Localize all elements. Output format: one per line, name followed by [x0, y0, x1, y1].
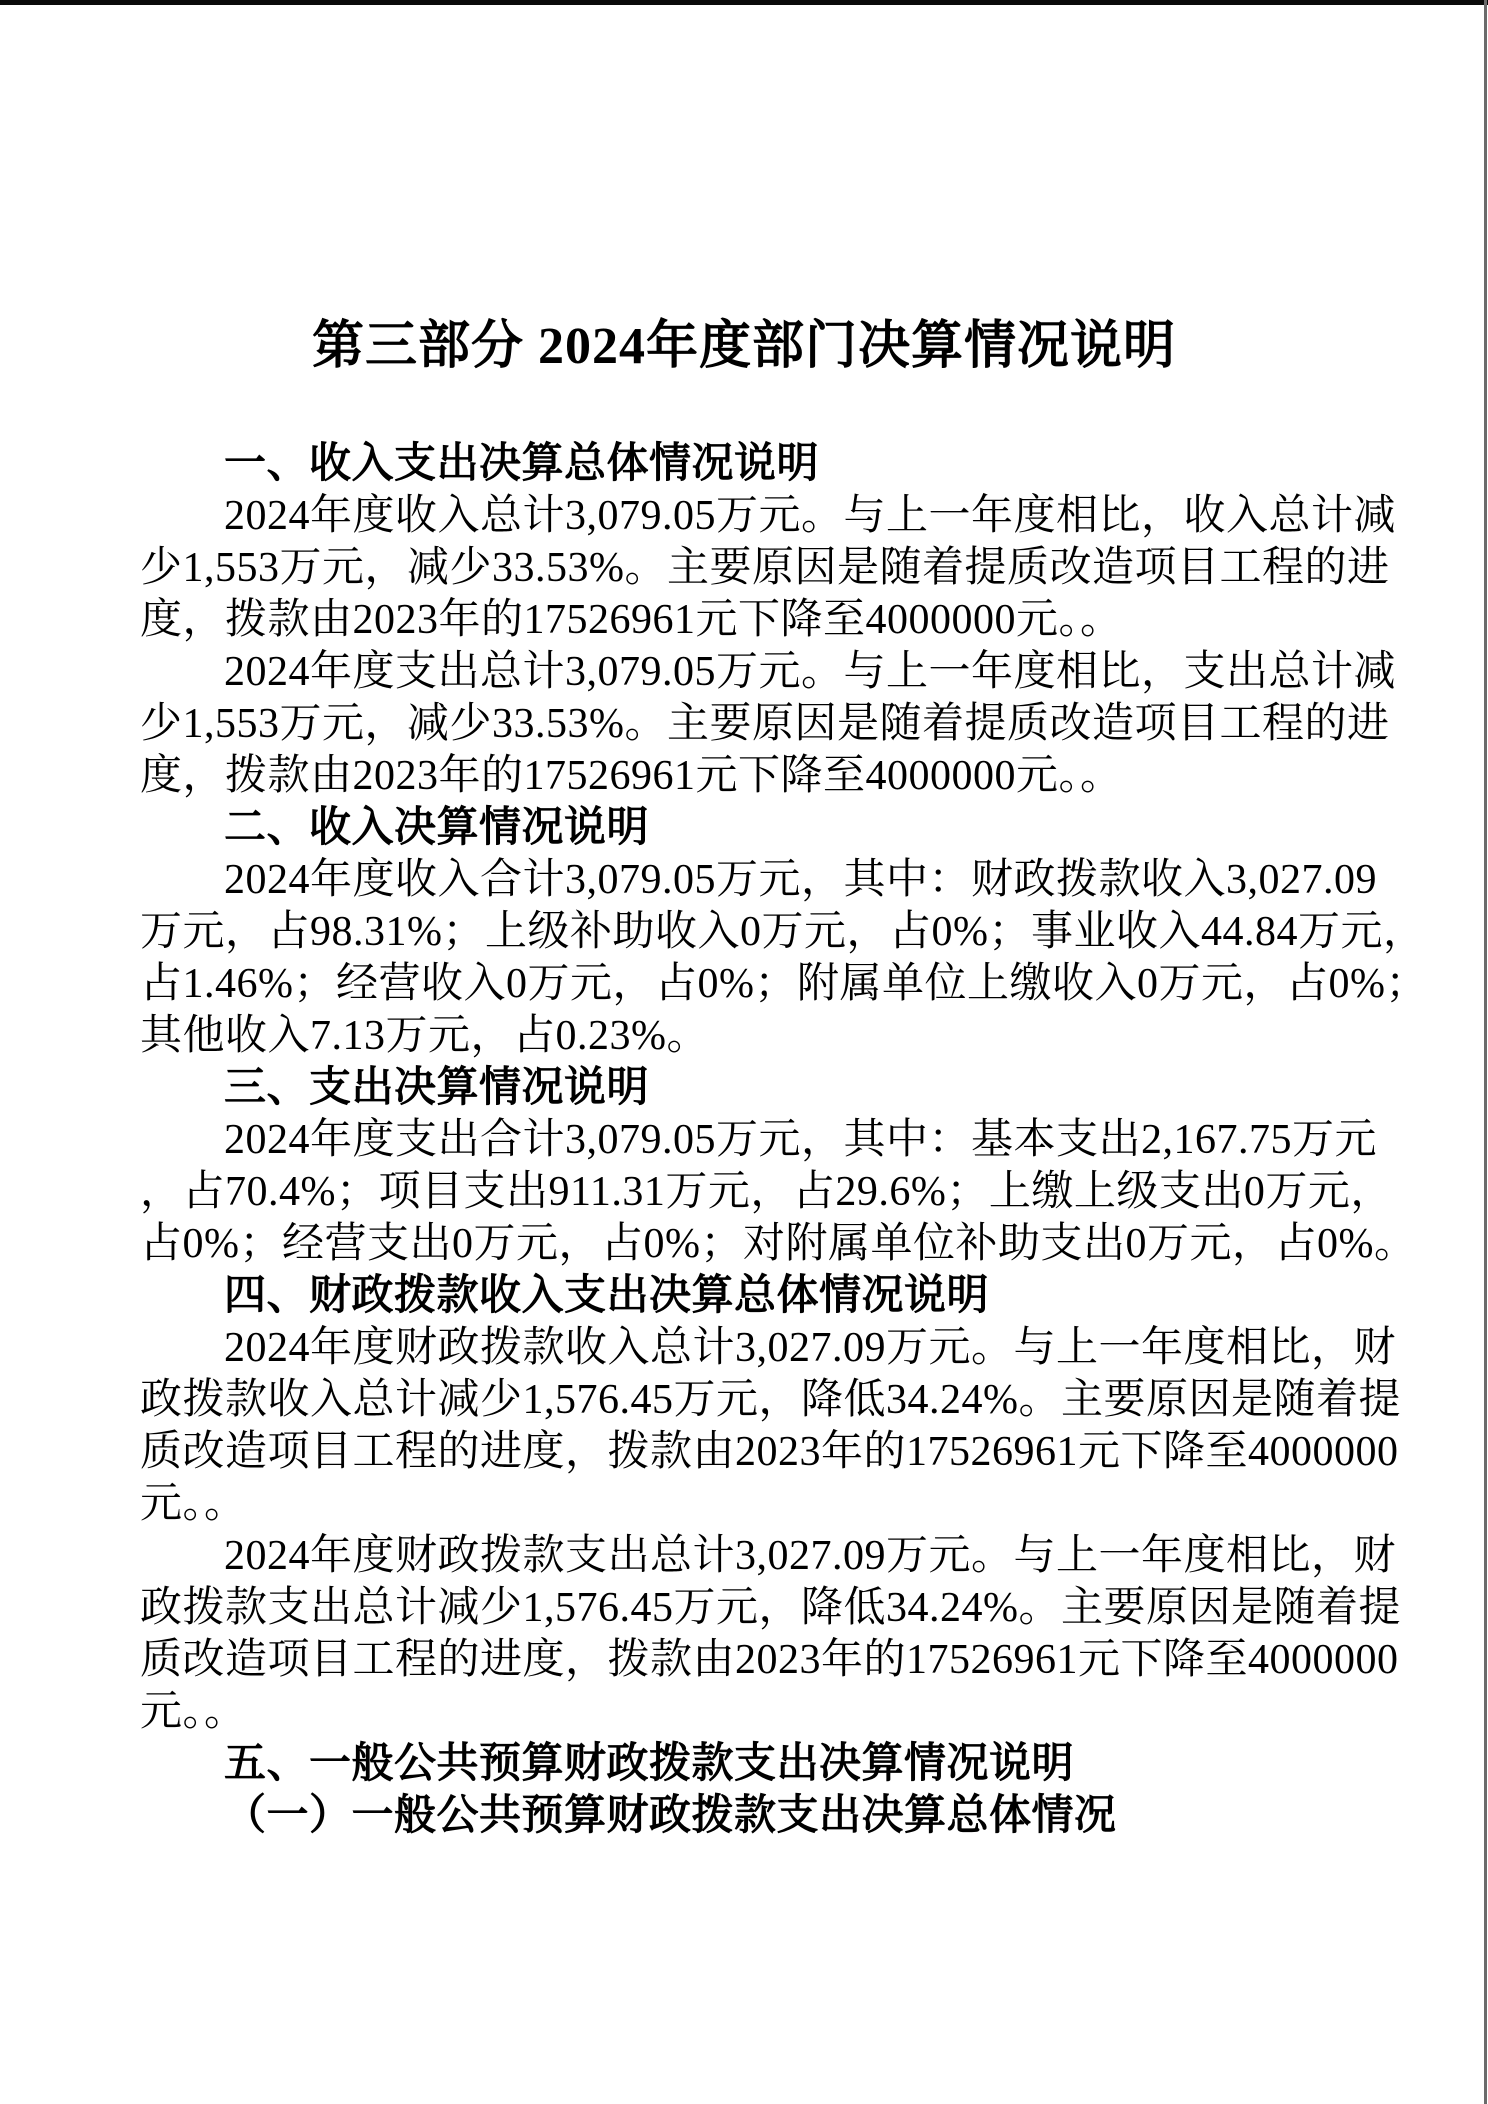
paragraph-line: 2024年度财政拨款收入总计3,027.09万元。与上一年度相比，财	[140, 1322, 1350, 1374]
section-heading: （一）一般公共预算财政拨款支出决算总体情况	[140, 1790, 1350, 1842]
paragraph-line: 占0%；经营支出0万元，占0%；对附属单位补助支出0万元，占0%。	[140, 1218, 1350, 1270]
paragraph-line: 少1,553万元，减少33.53%。主要原因是随着提质改造项目工程的进	[140, 698, 1350, 750]
paragraph-line: ，占70.4%；项目支出911.31万元，占29.6%；上缴上级支出0万元，	[140, 1166, 1350, 1218]
section-heading: 五、一般公共预算财政拨款支出决算情况说明	[140, 1738, 1350, 1790]
paragraph-line: 质改造项目工程的进度，拨款由2023年的17526961元下降至4000000	[140, 1634, 1350, 1686]
paragraph-line: 元。。	[140, 1478, 1350, 1530]
paragraph-line: 万元，占98.31%；上级补助收入0万元，占0%；事业收入44.84万元，	[140, 906, 1350, 958]
paragraph-line: 2024年度收入总计3,079.05万元。与上一年度相比，收入总计减	[140, 490, 1350, 542]
section-heading: 一、收入支出决算总体情况说明	[140, 438, 1350, 490]
paragraph-line: 占1.46%；经营收入0万元，占0%；附属单位上缴收入0万元，占0%；	[140, 958, 1350, 1010]
paragraph-line: 政拨款支出总计减少1,576.45万元，降低34.24%。主要原因是随着提	[140, 1582, 1350, 1634]
document-body: 一、收入支出决算总体情况说明2024年度收入总计3,079.05万元。与上一年度…	[140, 438, 1350, 1842]
page-right-edge-line	[1484, 0, 1487, 2104]
paragraph-line: 其他收入7.13万元，占0.23%。	[140, 1010, 1350, 1062]
paragraph-line: 元。。	[140, 1686, 1350, 1738]
paragraph-line: 2024年度支出合计3,079.05万元，其中：基本支出2,167.75万元	[140, 1114, 1350, 1166]
paragraph-line: 2024年度支出总计3,079.05万元。与上一年度相比，支出总计减	[140, 646, 1350, 698]
paragraph-line: 少1,553万元，减少33.53%。主要原因是随着提质改造项目工程的进	[140, 542, 1350, 594]
page-top-edge-line	[0, 0, 1488, 5]
paragraph-line: 度，拨款由2023年的17526961元下降至4000000元。。	[140, 594, 1350, 646]
section-heading: 四、财政拨款收入支出决算总体情况说明	[140, 1270, 1350, 1322]
paragraph-line: 2024年度收入合计3,079.05万元，其中：财政拨款收入3,027.09	[140, 854, 1350, 906]
document-page: 第三部分 2024年度部门决算情况说明 一、收入支出决算总体情况说明2024年度…	[0, 0, 1488, 2104]
paragraph-line: 政拨款收入总计减少1,576.45万元，降低34.24%。主要原因是随着提	[140, 1374, 1350, 1426]
section-heading: 二、收入决算情况说明	[140, 802, 1350, 854]
paragraph-line: 度，拨款由2023年的17526961元下降至4000000元。。	[140, 750, 1350, 802]
paragraph-line: 质改造项目工程的进度，拨款由2023年的17526961元下降至4000000	[140, 1426, 1350, 1478]
document-title: 第三部分 2024年度部门决算情况说明	[80, 318, 1408, 376]
section-heading: 三、支出决算情况说明	[140, 1062, 1350, 1114]
paragraph-line: 2024年度财政拨款支出总计3,027.09万元。与上一年度相比，财	[140, 1530, 1350, 1582]
